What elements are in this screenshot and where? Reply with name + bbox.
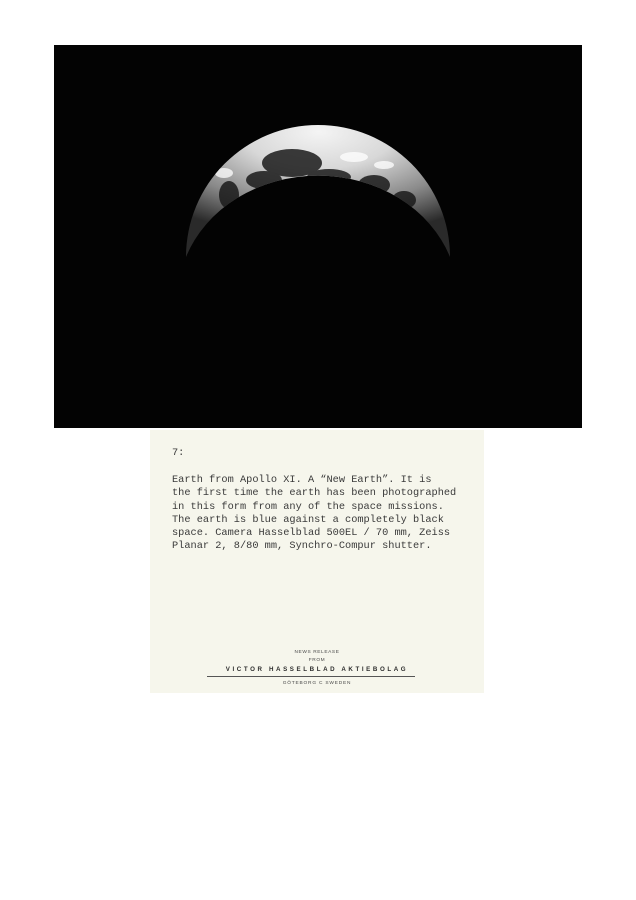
letterhead-location: GÖTEBORG C SWEDEN — [150, 681, 484, 686]
earth-photograph — [54, 45, 582, 428]
letterhead-news-release: NEWS RELEASE — [150, 650, 484, 655]
letterhead-company: VICTOR HASSELBLAD AKTIEBOLAG — [150, 666, 484, 673]
caption-line: in this form from any of the space missi… — [172, 501, 444, 513]
caption-card: 7: Earth from Apollo XI. A “New Earth”. … — [150, 430, 484, 693]
caption-line: Planar 2, 8/80 mm, Synchro-Compur shutte… — [172, 540, 432, 552]
caption-line: Earth from Apollo XI. A “New Earth”. It … — [172, 474, 432, 486]
caption-text: Earth from Apollo XI. A “New Earth”. It … — [172, 474, 482, 554]
letterhead-from: FROM — [150, 658, 484, 663]
caption-line: space. Camera Hasselblad 500EL / 70 mm, … — [172, 527, 450, 539]
caption-line: the first time the earth has been photog… — [172, 487, 456, 499]
item-number: 7: — [172, 447, 184, 459]
earth-crescent-icon — [54, 45, 582, 428]
letterhead-divider — [207, 676, 415, 677]
caption-line: The earth is blue against a completely b… — [172, 514, 444, 526]
